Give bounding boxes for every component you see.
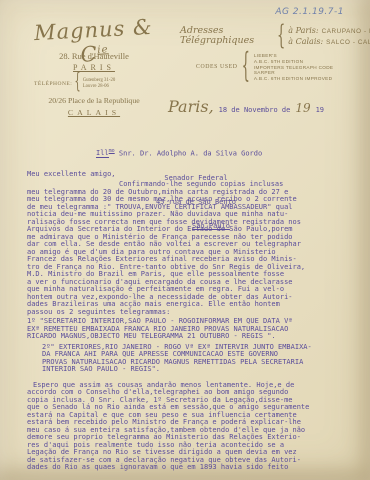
body-paragraph-2: Espero que assim as cousas andarão menos…	[27, 382, 355, 472]
telegraph-code: SALCO - CALAIS	[326, 39, 370, 46]
letterhead-telephone-block: TÉLÉPHONE: { Gutenberg 31-20 Louvre 28-0…	[34, 78, 115, 89]
telegram-quote-1: 1º "SECRETARIO INTERIOR,SAO PAULO - ROGO…	[27, 318, 355, 341]
dateline-year-printed: 19	[295, 101, 310, 115]
telegraph-label: Adresses Télégraphiques	[180, 26, 274, 46]
brace-glyph: {	[242, 51, 250, 85]
scanned-letter-page: AG 2.1.19.7-1 Magnus & Cie 28. Rue d'Hau…	[0, 0, 370, 480]
letterhead-city-paris: PARIS	[18, 63, 170, 72]
body-paragraph-1: Confirmando-lhe segundo copias inclusas …	[27, 181, 355, 316]
code-item: A.B.C. 6TH EDITION IMPROVED	[254, 76, 333, 82]
telegram-quote-2: 2º" EXTERIORES,RIO JANEIRO - ROGO Vª EXª…	[42, 344, 355, 374]
telegraph-code: CARUPANO - PARIS	[322, 28, 370, 35]
codes-used-block: CODES USED { LIEBER'S A.B.C. 5TH EDITION…	[196, 53, 333, 82]
telegraph-place: à Paris:	[288, 26, 318, 35]
salutation: Meu excellente amigo,	[27, 171, 116, 179]
letterhead-city-calais: CALAIS	[12, 108, 176, 117]
telephone-line: Louvre 28-06	[83, 84, 116, 90]
letterhead-calais-address: 20/26 Place de la Republique	[12, 96, 176, 105]
telegraph-place: à Calais:	[288, 37, 323, 46]
recipient-line-1: Illmo Snr. Dr. Adolpho A. da Silva Gordo	[96, 147, 328, 159]
company-logo: Magnus & Cie	[17, 14, 171, 70]
telegraph-address-block: Adresses Télégraphiques { à Paris: CARUP…	[180, 26, 370, 46]
letter-body: Confirmando-lhe segundo copias inclusas …	[27, 181, 355, 472]
dateline-typed-date: 18 de Novembro de	[219, 107, 291, 115]
archive-annotation: AG 2.1.19.7-1	[275, 7, 344, 17]
letterhead-street: 28. Rue d'Hauteville	[18, 51, 170, 61]
brace-glyph: {	[74, 73, 80, 94]
brace-glyph: {	[277, 22, 285, 49]
dateline-year-typed: 19	[316, 107, 324, 115]
dateline: Paris, 18 de Novembro de 19 19	[168, 97, 324, 116]
telephone-label: TÉLÉPHONE:	[34, 81, 72, 87]
recipient-honorific: Ill	[96, 149, 109, 158]
dateline-city: Paris,	[168, 97, 214, 116]
recipient-name: Snr. Dr. Adolpho A. da Silva Gordo	[115, 149, 263, 157]
codes-used-label: CODES USED	[196, 64, 238, 70]
